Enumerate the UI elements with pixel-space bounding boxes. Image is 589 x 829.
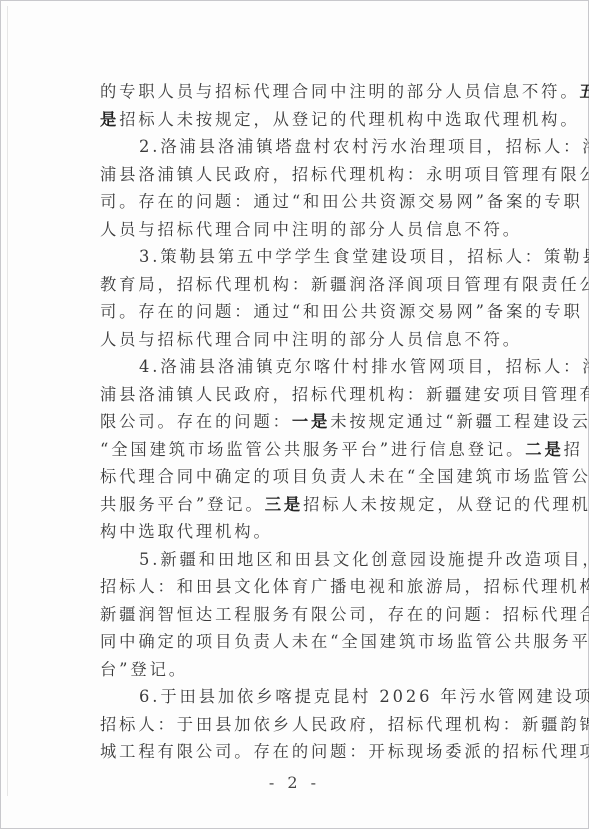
line-text: 城工程有限公司。存在的问题：开标现场委派的招标代理项: [100, 742, 589, 761]
line-text: 人员与招标代理合同中注明的部分人员信息不符。: [100, 330, 522, 349]
emphasis-text: 是: [100, 110, 119, 129]
text-line: 浦县洛浦镇人民政府，招标代理机构：新疆建安项目管理有: [100, 381, 512, 409]
text-line: “全国建筑市场监管公共服务平台”进行信息登记。二是招: [100, 436, 512, 464]
text-line: 6.于田县加依乡喀提克昆村 2026 年污水管网建设项目，: [100, 683, 512, 711]
page-number: - 2 -: [0, 773, 589, 792]
text-line: 5.新疆和田地区和田县文化创意园设施提升改造项目，: [100, 546, 512, 574]
line-text: 台”登记。: [100, 660, 188, 679]
line-text: 限公司。存在的问题：: [100, 412, 292, 431]
line-text: 招标人未按规定，从登记的代理机构中选取代理机构。: [119, 110, 579, 129]
line-text: 5.新疆和田地区和田县文化创意园设施提升改造项目，: [139, 550, 589, 569]
line-text: 招标人：和田县文化体育广播电视和旅游局，招标代理机构：: [100, 577, 589, 596]
text-line: 人员与招标代理合同中注明的部分人员信息不符。: [100, 216, 512, 244]
emphasis-text: 一是: [292, 412, 330, 431]
text-line: 的专职人员与招标代理合同中注明的部分人员信息不符。五: [100, 78, 512, 106]
text-line: 构中选取代理机构。: [100, 518, 512, 546]
line-text: 新疆润智恒达工程服务有限公司，存在的问题：招标代理合: [100, 605, 589, 624]
line-text: 同中确定的项目负责人未在“全国建筑市场监管公共服务平: [100, 632, 589, 651]
text-line: 限公司。存在的问题：一是未按规定通过“新疆工程建设云”: [100, 408, 512, 436]
scan-edge-line: [7, 6, 8, 796]
emphasis-text: 三是: [265, 495, 303, 514]
text-line: 招标人：于田县加依乡人民政府，招标代理机构：新疆韵锦: [100, 711, 512, 739]
line-text: 4.洛浦县洛浦镇克尔喀什村排水管网项目，招标人：洛: [139, 357, 589, 376]
text-line: 新疆润智恒达工程服务有限公司，存在的问题：招标代理合: [100, 601, 512, 629]
emphasis-text: 二是: [525, 440, 563, 459]
line-text: 标代理合同中确定的项目负责人未在“全国建筑市场监管公: [100, 467, 589, 486]
line-text: 的专职人员与招标代理合同中注明的部分人员信息不符。: [100, 82, 580, 101]
line-text: 招标人：于田县加依乡人民政府，招标代理机构：新疆韵锦: [100, 715, 589, 734]
text-line: 2.洛浦县洛浦镇塔盘村农村污水治理项目，招标人：洛: [100, 133, 512, 161]
line-text: 浦县洛浦镇人民政府，招标代理机构：新疆建安项目管理有: [100, 385, 589, 404]
line-text: 司。存在的问题：通过“和田公共资源交易网”备案的专职: [100, 302, 583, 321]
line-text: 共服务平台”登记。: [100, 495, 265, 514]
text-line: 标代理合同中确定的项目负责人未在“全国建筑市场监管公: [100, 463, 512, 491]
text-line: 台”登记。: [100, 656, 512, 684]
line-text: 未按规定通过“新疆工程建设云”: [330, 412, 589, 431]
text-line: 人员与招标代理合同中注明的部分人员信息不符。: [100, 326, 512, 354]
text-line: 浦县洛浦镇人民政府，招标代理机构：永明项目管理有限公: [100, 161, 512, 189]
line-text: 教育局，招标代理机构：新疆润洛泽阆项目管理有限责任公: [100, 275, 589, 294]
line-text: 2.洛浦县洛浦镇塔盘村农村污水治理项目，招标人：洛: [139, 137, 589, 156]
text-line: 司。存在的问题：通过“和田公共资源交易网”备案的专职: [100, 298, 512, 326]
text-line: 共服务平台”登记。三是招标人未按规定，从登记的代理机: [100, 491, 512, 519]
text-line: 司。存在的问题：通过“和田公共资源交易网”备案的专职: [100, 188, 512, 216]
line-text: 6.于田县加依乡喀提克昆村 2026 年污水管网建设项目，: [139, 687, 589, 706]
text-line: 是招标人未按规定，从登记的代理机构中选取代理机构。: [100, 106, 512, 134]
line-text: 人员与招标代理合同中注明的部分人员信息不符。: [100, 220, 522, 239]
emphasis-text: 五: [580, 82, 589, 101]
line-text: 构中选取代理机构。: [100, 522, 273, 541]
text-line: 4.洛浦县洛浦镇克尔喀什村排水管网项目，招标人：洛: [100, 353, 512, 381]
text-line: 教育局，招标代理机构：新疆润洛泽阆项目管理有限责任公: [100, 271, 512, 299]
text-line: 同中确定的项目负责人未在“全国建筑市场监管公共服务平: [100, 628, 512, 656]
text-line: 3.策勒县第五中学学生食堂建设项目，招标人：策勒县: [100, 243, 512, 271]
document-body: 的专职人员与招标代理合同中注明的部分人员信息不符。五是招标人未按规定，从登记的代…: [100, 78, 512, 766]
line-text: “全国建筑市场监管公共服务平台”进行信息登记。: [100, 440, 525, 459]
line-text: 司。存在的问题：通过“和田公共资源交易网”备案的专职: [100, 192, 583, 211]
line-text: 浦县洛浦镇人民政府，招标代理机构：永明项目管理有限公: [100, 165, 589, 184]
line-text: 3.策勒县第五中学学生食堂建设项目，招标人：策勒县: [139, 247, 589, 266]
line-text: 招: [564, 440, 583, 459]
line-text: 招标人未按规定，从登记的代理机: [303, 495, 589, 514]
text-line: 招标人：和田县文化体育广播电视和旅游局，招标代理机构：: [100, 573, 512, 601]
text-line: 城工程有限公司。存在的问题：开标现场委派的招标代理项: [100, 738, 512, 766]
